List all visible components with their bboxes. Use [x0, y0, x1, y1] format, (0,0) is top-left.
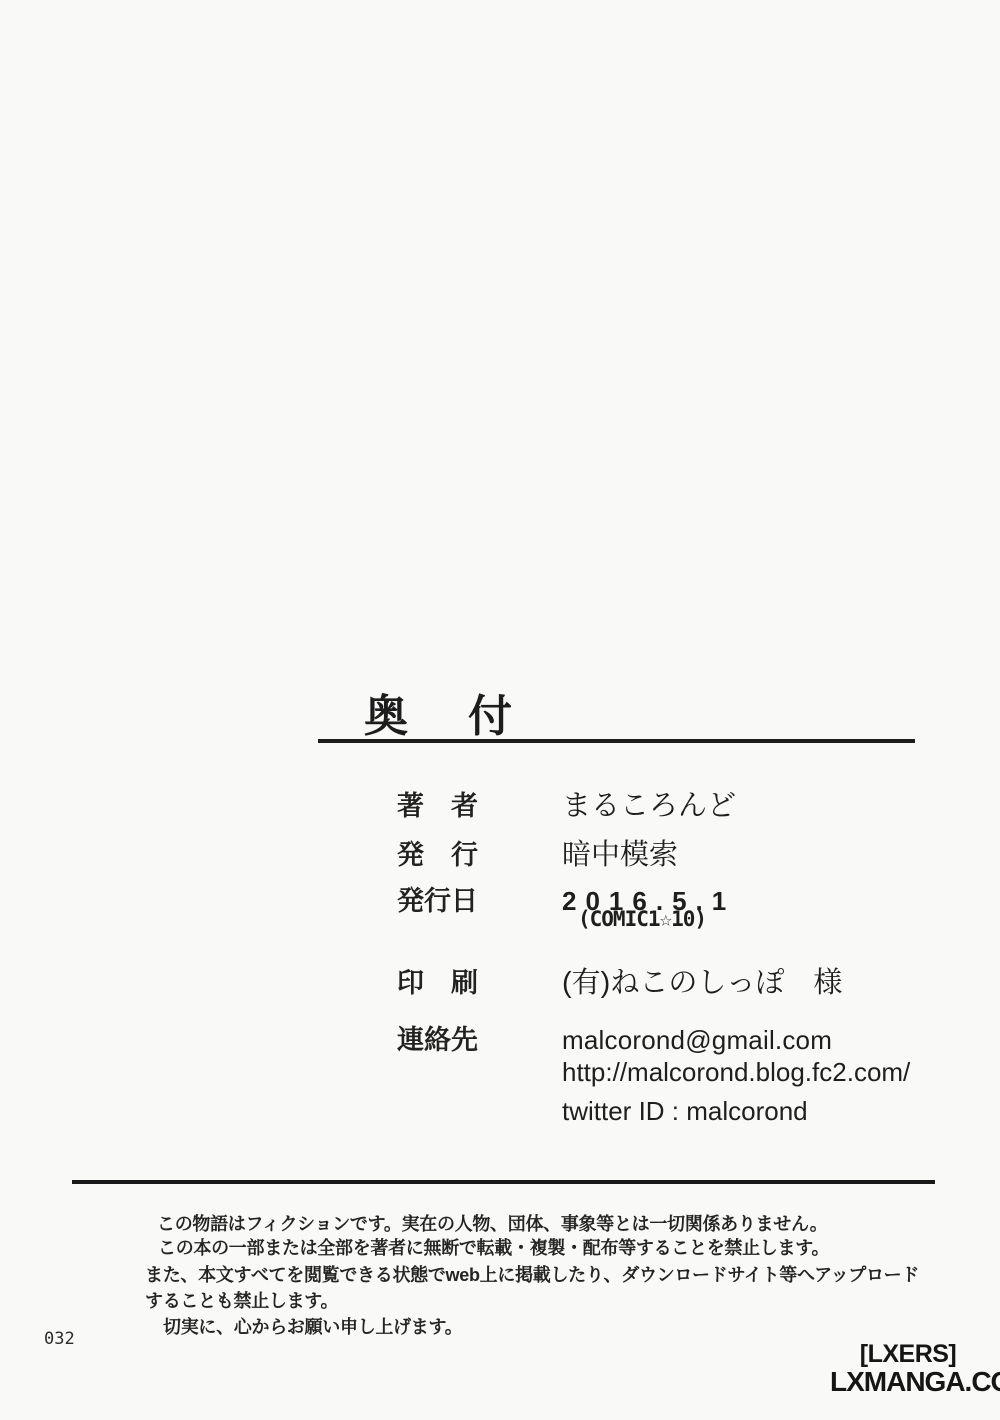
publisher-value: 暗中模索 [562, 839, 678, 871]
author-value: まるころんど [562, 790, 736, 822]
event-note: (COMIC1☆10) [578, 907, 706, 931]
printer-label: 印 刷 [397, 961, 562, 1000]
contact-blog-url: http://malcorond.blog.fc2.com/ [562, 1057, 910, 1088]
page-number: 032 [44, 1329, 75, 1349]
watermark-group-name: [LXERS] [830, 1341, 986, 1367]
publisher-label: 発 行 [397, 833, 562, 872]
contact-label: 連絡先 [397, 1018, 562, 1057]
contact-twitter-id: twitter ID : malcorond [562, 1096, 808, 1127]
contact-email: malcorond@gmail.com [562, 1025, 832, 1055]
disclaimer-line: することも禁止します。 [145, 1287, 338, 1313]
credit-row-author: 著 者まるころんど [397, 783, 736, 824]
title-underline [318, 739, 915, 743]
credit-row-printer: 印 刷(有)ねこのしっぽ 様 [397, 960, 842, 1001]
colophon-page: 奥付 著 者まるころんど 発 行暗中模索 発行日2016.5.1 (COMIC1… [0, 0, 1000, 1420]
disclaimer-line: この本の一部または全部を著者に無断で転載・複製・配布等することを禁止します。 [158, 1234, 829, 1260]
printer-value: (有)ねこのしっぽ 様 [562, 967, 842, 999]
author-label: 著 者 [397, 784, 562, 823]
watermark-site-name: LXMANGA.COM [830, 1367, 986, 1396]
watermark: [LXERS] LXMANGA.COM [830, 1341, 986, 1397]
publication-date-label: 発行日 [397, 879, 562, 918]
disclaimer-line: この物語はフィクションです。実在の人物、団体、事象等とは一切関係ありません。 [157, 1210, 827, 1236]
credit-row-contact: 連絡先malcorond@gmail.com [397, 1018, 832, 1057]
colophon-title: 奥付 [364, 680, 572, 744]
disclaimer-line: また、本文すべてを閲覧できる状態でweb上に掲載したり、ダウンロードサイト等へア… [145, 1261, 919, 1287]
credit-row-publisher: 発 行暗中模索 [397, 832, 678, 873]
disclaimer-divider [72, 1180, 935, 1184]
disclaimer-line: 切実に、心からお願い申し上げます。 [163, 1313, 462, 1339]
